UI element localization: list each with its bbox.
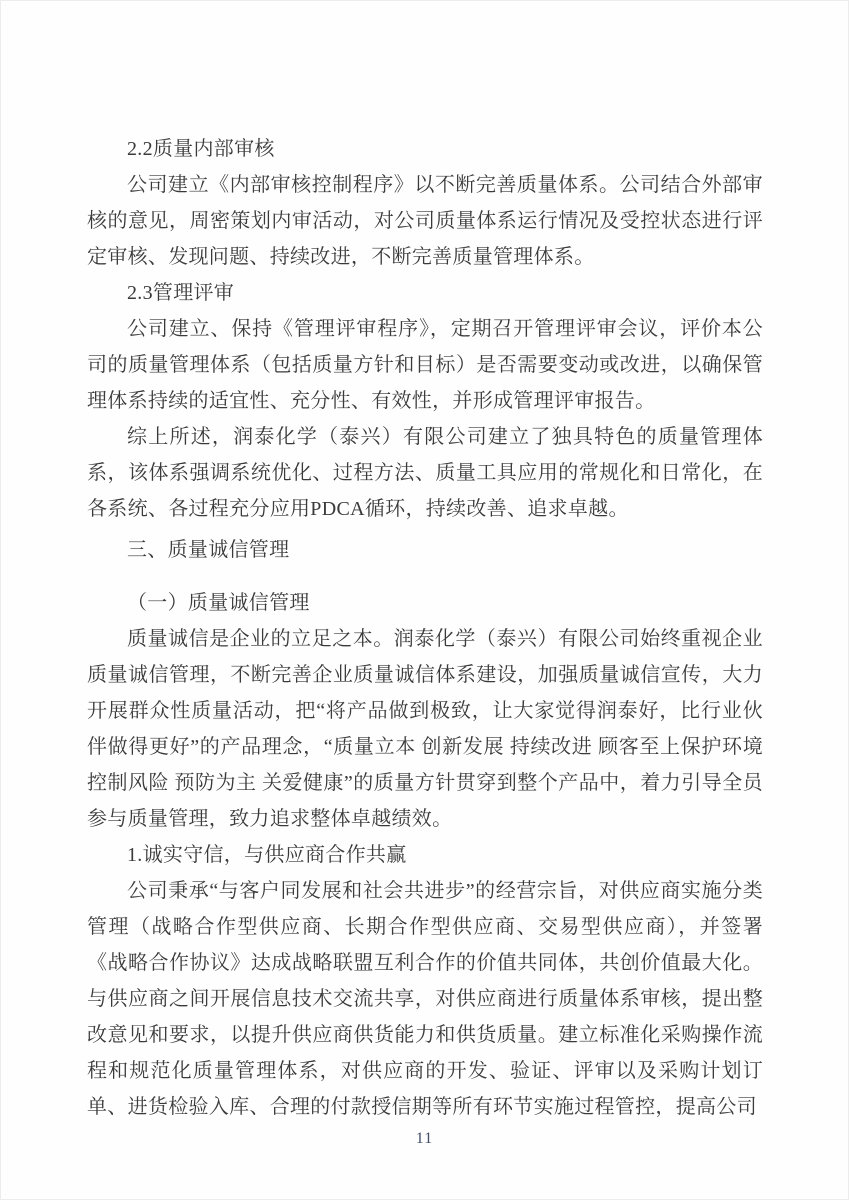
heading-1-honesty-supplier-winwin: 1.诚实守信，与供应商合作共赢 [87, 837, 763, 873]
document-page: 2.2质量内部审核 公司建立《内部审核控制程序》以不断完善质量体系。公司结合外部… [0, 0, 849, 1200]
paragraph-management-review: 公司建立、保持《管理评审程序》，定期召开管理评审会议，评价本公司的质量管理体系（… [87, 311, 763, 419]
paragraph-quality-integrity: 质量诚信是企业的立足之本。润泰化学（泰兴）有限公司始终重视企业质量诚信管理，不断… [87, 621, 763, 837]
paragraph-internal-audit: 公司建立《内部审核控制程序》以不断完善质量体系。公司结合外部审核的意见，周密策划… [87, 167, 763, 275]
heading-3-1-quality-integrity: （一）质量诚信管理 [87, 585, 763, 621]
heading-section-3-quality-integrity: 三、质量诚信管理 [87, 532, 763, 568]
paragraph-quality-system-summary: 综上所述，润泰化学（泰兴）有限公司建立了独具特色的质量管理体系，该体系强调系统优… [87, 419, 763, 527]
heading-2-2-internal-audit: 2.2质量内部审核 [87, 131, 763, 167]
paragraph-supplier-cooperation: 公司秉承“与客户同发展和社会共进步”的经营宗旨，对供应商实施分类管理（战略合作型… [87, 873, 763, 1125]
heading-2-3-management-review: 2.3管理评审 [87, 275, 763, 311]
page-number: 11 [0, 1128, 849, 1150]
document-content: 2.2质量内部审核 公司建立《内部审核控制程序》以不断完善质量体系。公司结合外部… [87, 131, 763, 1125]
